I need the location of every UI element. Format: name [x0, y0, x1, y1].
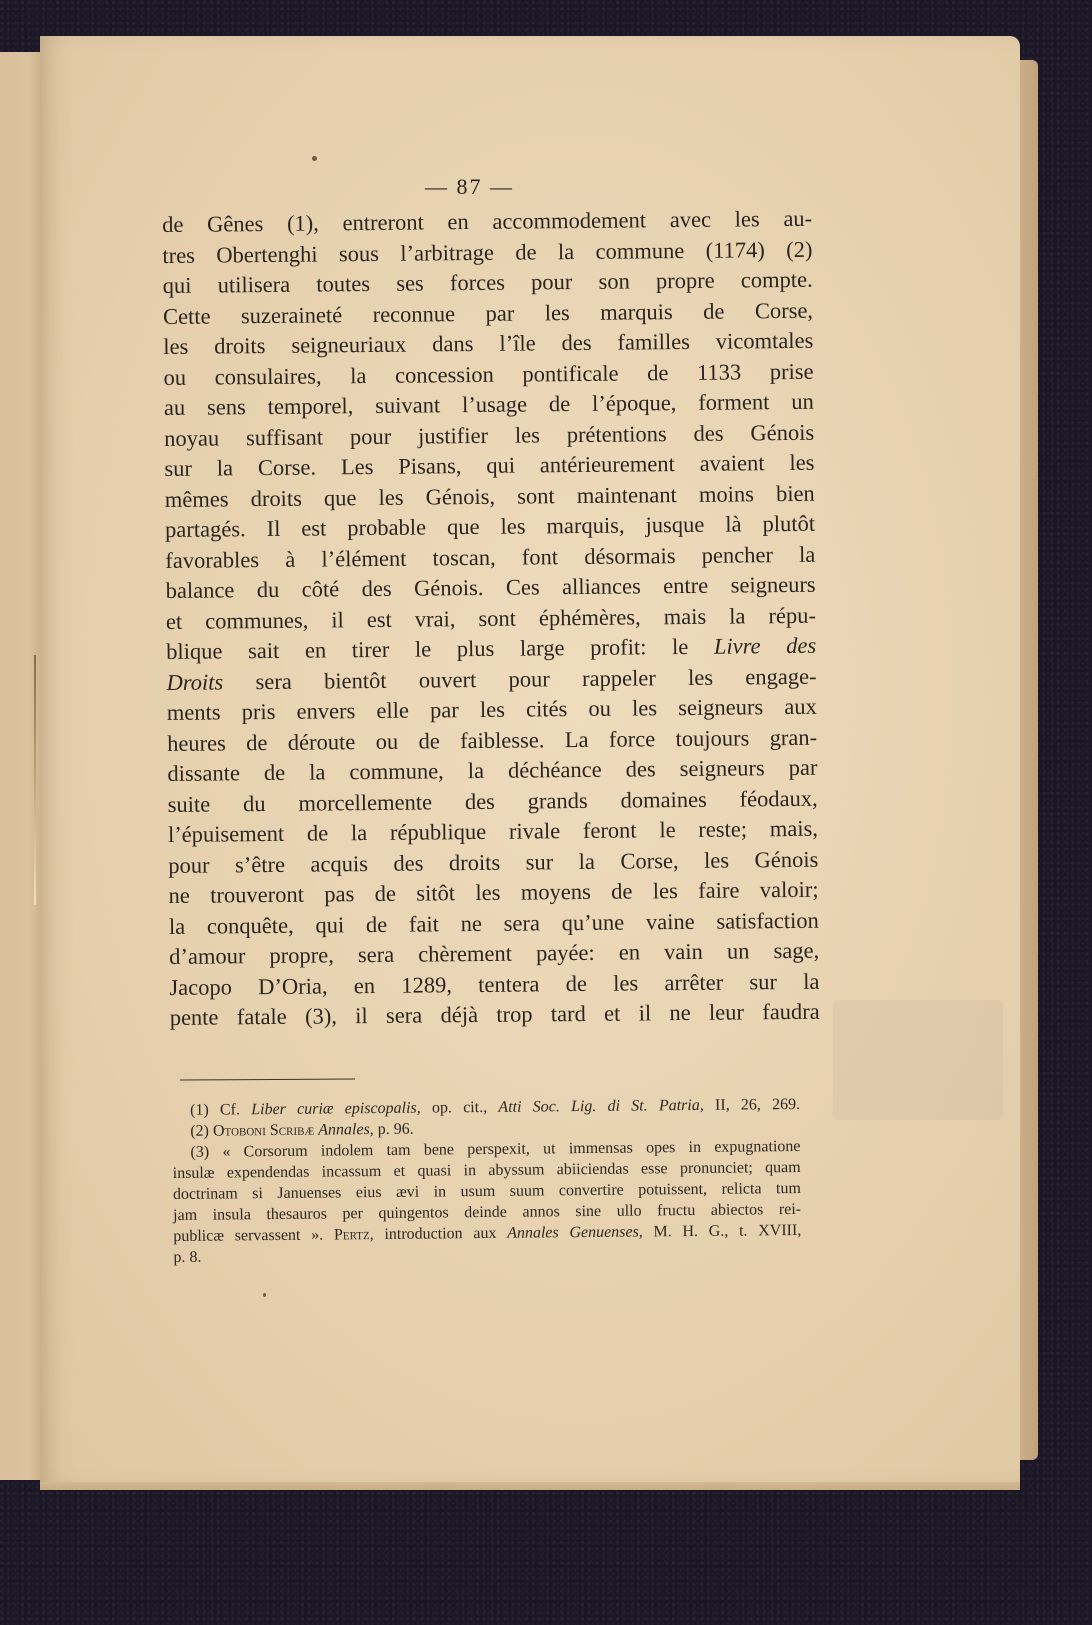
faded-stamp: [833, 1000, 1003, 1120]
page-number: — 87 —: [425, 174, 514, 200]
footnote-marker: (2): [190, 1123, 209, 1140]
footnote-text: introduction aux: [384, 1225, 496, 1243]
footnote-ref: M. H. G., t. XVIII,: [653, 1222, 801, 1240]
footnote-title: Annales Genuenses,: [507, 1223, 643, 1241]
text-line: pente fatale (3), il sera déjà trop tard…: [170, 997, 820, 1034]
body-text: de Gênes (1), entreront en accommodement…: [162, 204, 820, 1034]
footnote-ref: II, 26, 269.: [715, 1096, 800, 1114]
footnote-text: op. cit.,: [432, 1099, 487, 1117]
footnote-title: Annales,: [318, 1121, 374, 1139]
footnote-ref: p. 96.: [378, 1121, 414, 1138]
footnotes: (1) Cf. Liber curiæ episcopalis, op. cit…: [172, 1094, 802, 1268]
footnote-author: Pertz,: [334, 1226, 374, 1243]
text-segment: blique sait en tirer le plus large profi…: [166, 634, 688, 664]
italic-title: Livre des: [714, 633, 817, 659]
footnote-title: Liber curiæ episcopalis,: [251, 1100, 421, 1119]
footnote-source: Atti Soc. Lig. di St. Patria,: [498, 1097, 704, 1116]
ink-speck: [263, 1293, 266, 1297]
page-bottom-edge: [40, 1482, 1020, 1490]
italic-title: Droits: [166, 669, 223, 695]
footnote-marker: (1) Cf.: [190, 1101, 240, 1118]
spine-crease: [34, 655, 36, 905]
footnote-text: publicæ servassent ».: [173, 1227, 323, 1245]
footnote-author: Otoboni Scribæ: [213, 1122, 314, 1140]
ink-speck: [312, 156, 317, 161]
page-stack-edge: [1018, 60, 1038, 1460]
text-segment: sera bientôt ouvert pour rappeler les en…: [255, 663, 816, 693]
